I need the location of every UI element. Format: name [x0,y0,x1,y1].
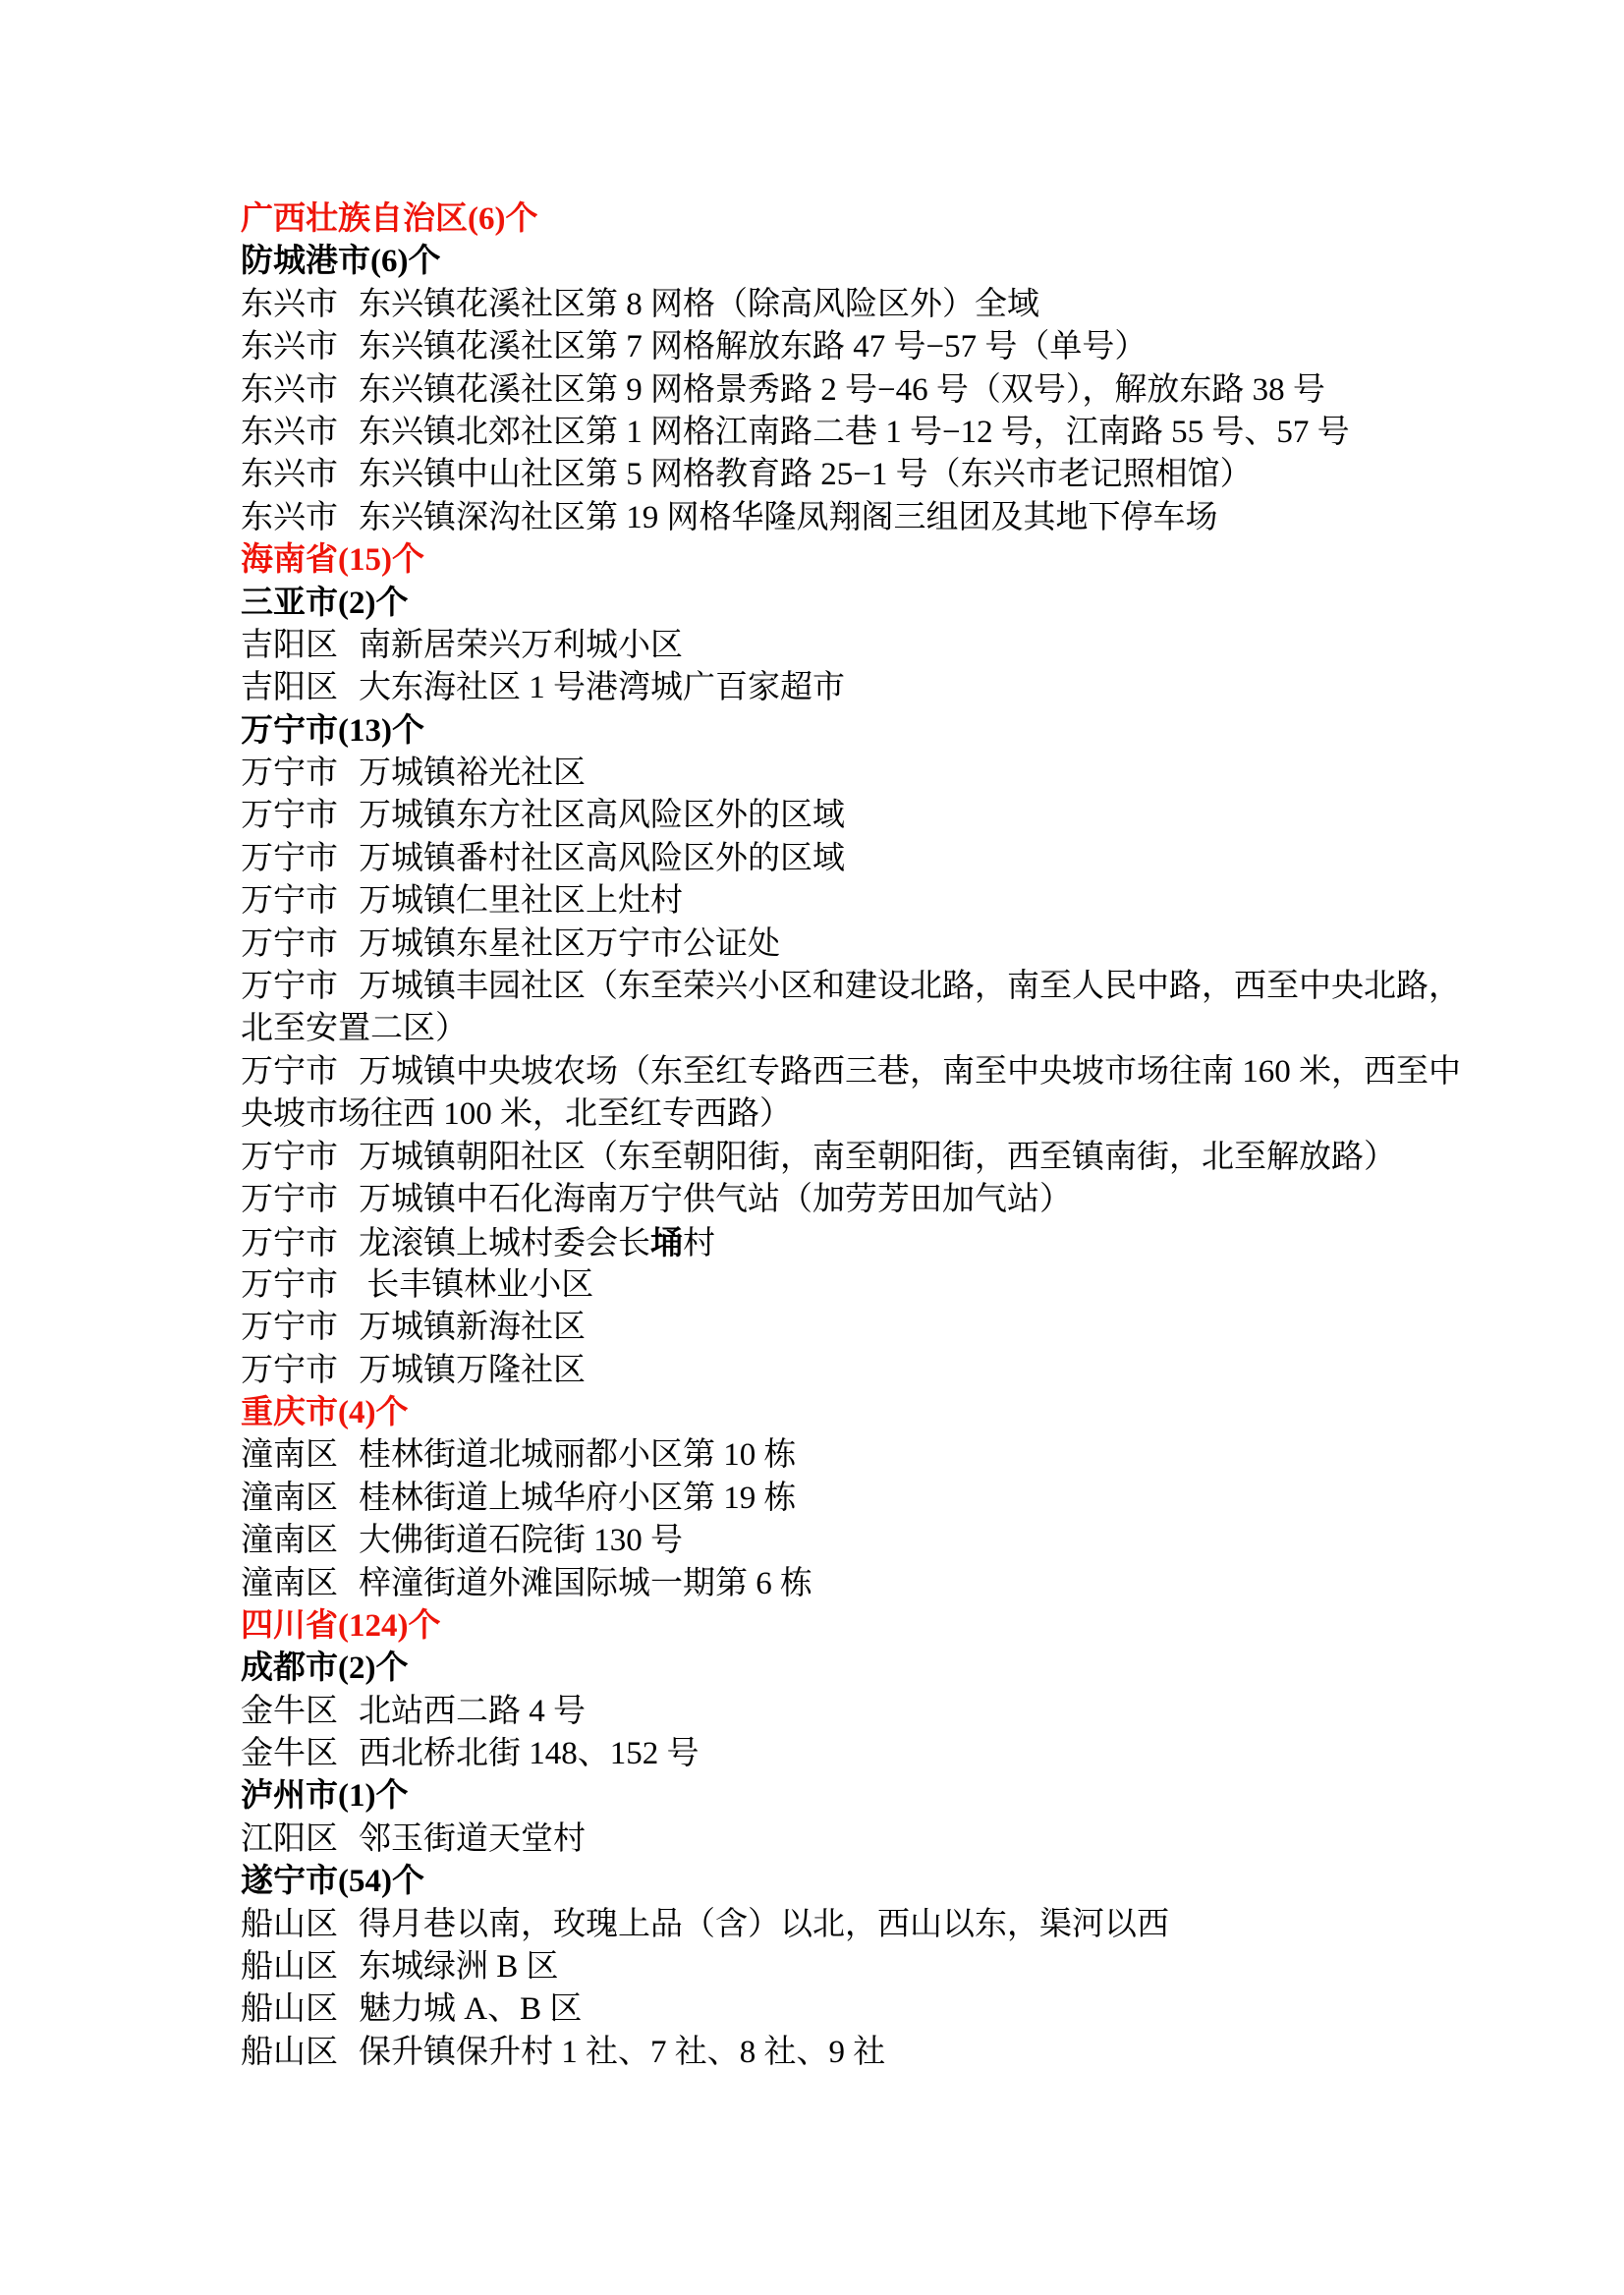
risk-area-list: 广西壮族自治区(6)个防城港市(6)个东兴市东兴镇花溪社区第 8 网格（除高风险… [241,198,1405,2074]
area-address: 万城镇中央坡农场（东至红专路西三巷，南至中央坡市场往南 160 米，西至中 [359,1054,1461,1090]
city-header: 三亚市(2)个 [241,583,1405,625]
risk-area-entry: 东兴市东兴镇深沟社区第 19 网格华隆凤翔阁三组团及其地下停车场 [241,497,1405,539]
risk-area-entry: 万宁市龙滚镇上城村委会长埇村 [241,1221,1405,1263]
risk-area-entry: 万宁市万城镇东方社区高风险区外的区域 [241,795,1405,837]
area-address: 万城镇新海社区 [359,1310,586,1345]
risk-area-entry: 万宁市万城镇丰园社区（东至荣兴小区和建设北路，南至人民中路，西至中央北路， [241,966,1405,1008]
district-name: 船山区 [241,1991,338,2027]
risk-area-entry: 万宁市万城镇新海社区 [241,1307,1405,1349]
district-name: 东兴市 [241,500,338,535]
district-name: 潼南区 [241,1523,338,1558]
risk-area-entry: 万宁市万城镇裕光社区 [241,753,1405,795]
area-address: 万城镇丰园社区（东至荣兴小区和建设北路，南至人民中路，西至中央北路， [359,969,1461,1004]
risk-area-entry: 潼南区桂林街道上城华府小区第 19 栋 [241,1478,1405,1520]
area-address: 桂林街道北城丽都小区第 10 栋 [359,1437,797,1473]
district-name: 船山区 [241,2035,338,2070]
risk-area-entry: 吉阳区大东海社区 1 号港湾城广百家超市 [241,667,1405,709]
risk-area-entry: 潼南区梓潼街道外滩国际城一期第 6 栋 [241,1563,1405,1605]
area-address: 东兴镇深沟社区第 19 网格华隆凤翔阁三组团及其地下停车场 [359,500,1218,535]
district-name: 潼南区 [241,1437,338,1473]
risk-area-entry: 万宁市万城镇万隆社区 [241,1350,1405,1392]
province-header: 广西壮族自治区(6)个 [241,198,1405,241]
city-header: 万宁市(13)个 [241,710,1405,753]
risk-area-entry: 船山区得月巷以南，玫瑰上品（含）以北，西山以东，渠河以西 [241,1904,1405,1946]
district-name: 万宁市 [241,969,338,1004]
city-header: 成都市(2)个 [241,1648,1405,1690]
district-name: 万宁市 [241,1310,338,1345]
area-address: 万城镇东星社区万宁市公证处 [359,926,780,962]
district-name: 万宁市 [241,1226,338,1261]
risk-area-entry-continuation: 央坡市场往西 100 米，北至红专西路） [241,1093,1405,1136]
risk-area-entry: 东兴市东兴镇北郊社区第 1 网格江南路二巷 1 号−12 号，江南路 55 号、… [241,412,1405,454]
area-address: 保升镇保升村 1 社、7 社、8 社、9 社 [359,2035,885,2070]
district-name: 东兴市 [241,415,338,450]
area-address: 东兴镇北郊社区第 1 网格江南路二巷 1 号−12 号，江南路 55 号、57 … [359,415,1350,450]
area-address: 万城镇朝阳社区（东至朝阳街，南至朝阳街，西至镇南街，北至解放路） [359,1140,1396,1175]
area-address: 长丰镇林业小区 [359,1267,593,1303]
document-page: { "page": { "width": 1653, "height": 233… [0,0,1624,2295]
risk-area-entry: 金牛区北站西二路 4 号 [241,1691,1405,1733]
risk-area-entry: 金牛区西北桥北街 148、152 号 [241,1733,1405,1775]
district-name: 万宁市 [241,798,338,833]
province-header: 四川省(124)个 [241,1605,1405,1648]
district-name: 万宁市 [241,1182,338,1217]
area-address: 梓潼街道外滩国际城一期第 6 栋 [359,1566,812,1601]
district-name: 东兴市 [241,329,338,364]
district-name: 万宁市 [241,756,338,791]
area-address: 大佛街道石院街 130 号 [359,1523,683,1558]
area-address: 北站西二路 4 号 [359,1694,586,1729]
risk-area-entry: 万宁市万城镇仁里社区上灶村 [241,880,1405,923]
district-name: 东兴市 [241,457,338,492]
province-header: 重庆市(4)个 [241,1392,1405,1434]
risk-area-entry: 东兴市东兴镇花溪社区第 7 网格解放东路 47 号−57 号（单号） [241,326,1405,368]
district-name: 万宁市 [241,841,338,876]
area-address: 东兴镇花溪社区第 8 网格（除高风险区外）全域 [359,287,1039,322]
province-header: 海南省(15)个 [241,539,1405,582]
risk-area-entry: 万宁市万城镇番村社区高风险区外的区域 [241,838,1405,880]
city-header: 防城港市(6)个 [241,241,1405,283]
risk-area-entry: 船山区东城绿洲 B 区 [241,1946,1405,1988]
district-name: 潼南区 [241,1566,338,1601]
district-name: 万宁市 [241,883,338,919]
district-name: 万宁市 [241,1140,338,1175]
district-name: 金牛区 [241,1736,338,1771]
area-address: 东兴镇中山社区第 5 网格教育路 25−1 号（东兴市老记照相馆） [359,457,1253,492]
district-name: 金牛区 [241,1694,338,1729]
district-name: 万宁市 [241,1267,338,1303]
district-name: 东兴市 [241,287,338,322]
risk-area-entry: 万宁市 长丰镇林业小区 [241,1264,1405,1307]
risk-area-entry: 东兴市东兴镇花溪社区第 8 网格（除高风险区外）全域 [241,284,1405,326]
area-address: 大东海社区 1 号港湾城广百家超市 [359,670,845,705]
area-address: 东兴镇花溪社区第 7 网格解放东路 47 号−57 号（单号） [359,329,1147,364]
area-address: 万城镇番村社区高风险区外的区域 [359,841,845,876]
area-address: 得月巷以南，玫瑰上品（含）以北，西山以东，渠河以西 [359,1907,1169,1942]
risk-area-entry: 船山区保升镇保升村 1 社、7 社、8 社、9 社 [241,2032,1405,2074]
risk-area-entry: 潼南区大佛街道石院街 130 号 [241,1520,1405,1562]
area-address: 桂林街道上城华府小区第 19 栋 [359,1481,797,1516]
district-name: 万宁市 [241,1353,338,1388]
area-address: 万城镇东方社区高风险区外的区域 [359,798,845,833]
district-name: 万宁市 [241,926,338,962]
city-header: 遂宁市(54)个 [241,1861,1405,1903]
area-address: 龙滚镇上城村委会长埇村 [359,1226,715,1261]
area-address: 万城镇万隆社区 [359,1353,586,1388]
area-address: 南新居荣兴万利城小区 [359,628,683,663]
district-name: 船山区 [241,1949,338,1985]
risk-area-entry: 万宁市万城镇朝阳社区（东至朝阳街，南至朝阳街，西至镇南街，北至解放路） [241,1137,1405,1179]
area-address: 东城绿洲 B 区 [359,1949,559,1985]
area-address: 魅力城 A、B 区 [359,1991,582,2027]
city-header: 泸州市(1)个 [241,1775,1405,1818]
area-address: 万城镇裕光社区 [359,756,586,791]
risk-area-entry: 东兴市东兴镇中山社区第 5 网格教育路 25−1 号（东兴市老记照相馆） [241,454,1405,496]
area-address: 邻玉街道天堂村 [359,1821,586,1857]
district-name: 东兴市 [241,372,338,408]
district-name: 船山区 [241,1907,338,1942]
risk-area-entry: 江阳区邻玉街道天堂村 [241,1819,1405,1861]
risk-area-entry: 吉阳区南新居荣兴万利城小区 [241,625,1405,667]
district-name: 江阳区 [241,1821,338,1857]
risk-area-entry: 万宁市万城镇中石化海南万宁供气站（加劳芳田加气站） [241,1179,1405,1221]
district-name: 万宁市 [241,1054,338,1090]
area-address: 东兴镇花溪社区第 9 网格景秀路 2 号−46 号（双号），解放东路 38 号 [359,372,1325,408]
area-address: 万城镇中石化海南万宁供气站（加劳芳田加气站） [359,1182,1072,1217]
risk-area-entry: 潼南区桂林街道北城丽都小区第 10 栋 [241,1434,1405,1477]
risk-area-entry: 万宁市万城镇中央坡农场（东至红专路西三巷，南至中央坡市场往南 160 米，西至中 [241,1051,1405,1093]
area-address: 西北桥北街 148、152 号 [359,1736,700,1771]
risk-area-entry: 万宁市万城镇东星社区万宁市公证处 [241,924,1405,966]
district-name: 吉阳区 [241,628,338,663]
district-name: 潼南区 [241,1481,338,1516]
district-name: 吉阳区 [241,670,338,705]
risk-area-entry: 东兴市东兴镇花溪社区第 9 网格景秀路 2 号−46 号（双号），解放东路 38… [241,369,1405,412]
area-address: 万城镇仁里社区上灶村 [359,883,683,919]
risk-area-entry: 船山区魅力城 A、B 区 [241,1988,1405,2031]
risk-area-entry-continuation: 北至安置二区） [241,1008,1405,1050]
fallback-font-char: 埇 [650,1223,683,1261]
